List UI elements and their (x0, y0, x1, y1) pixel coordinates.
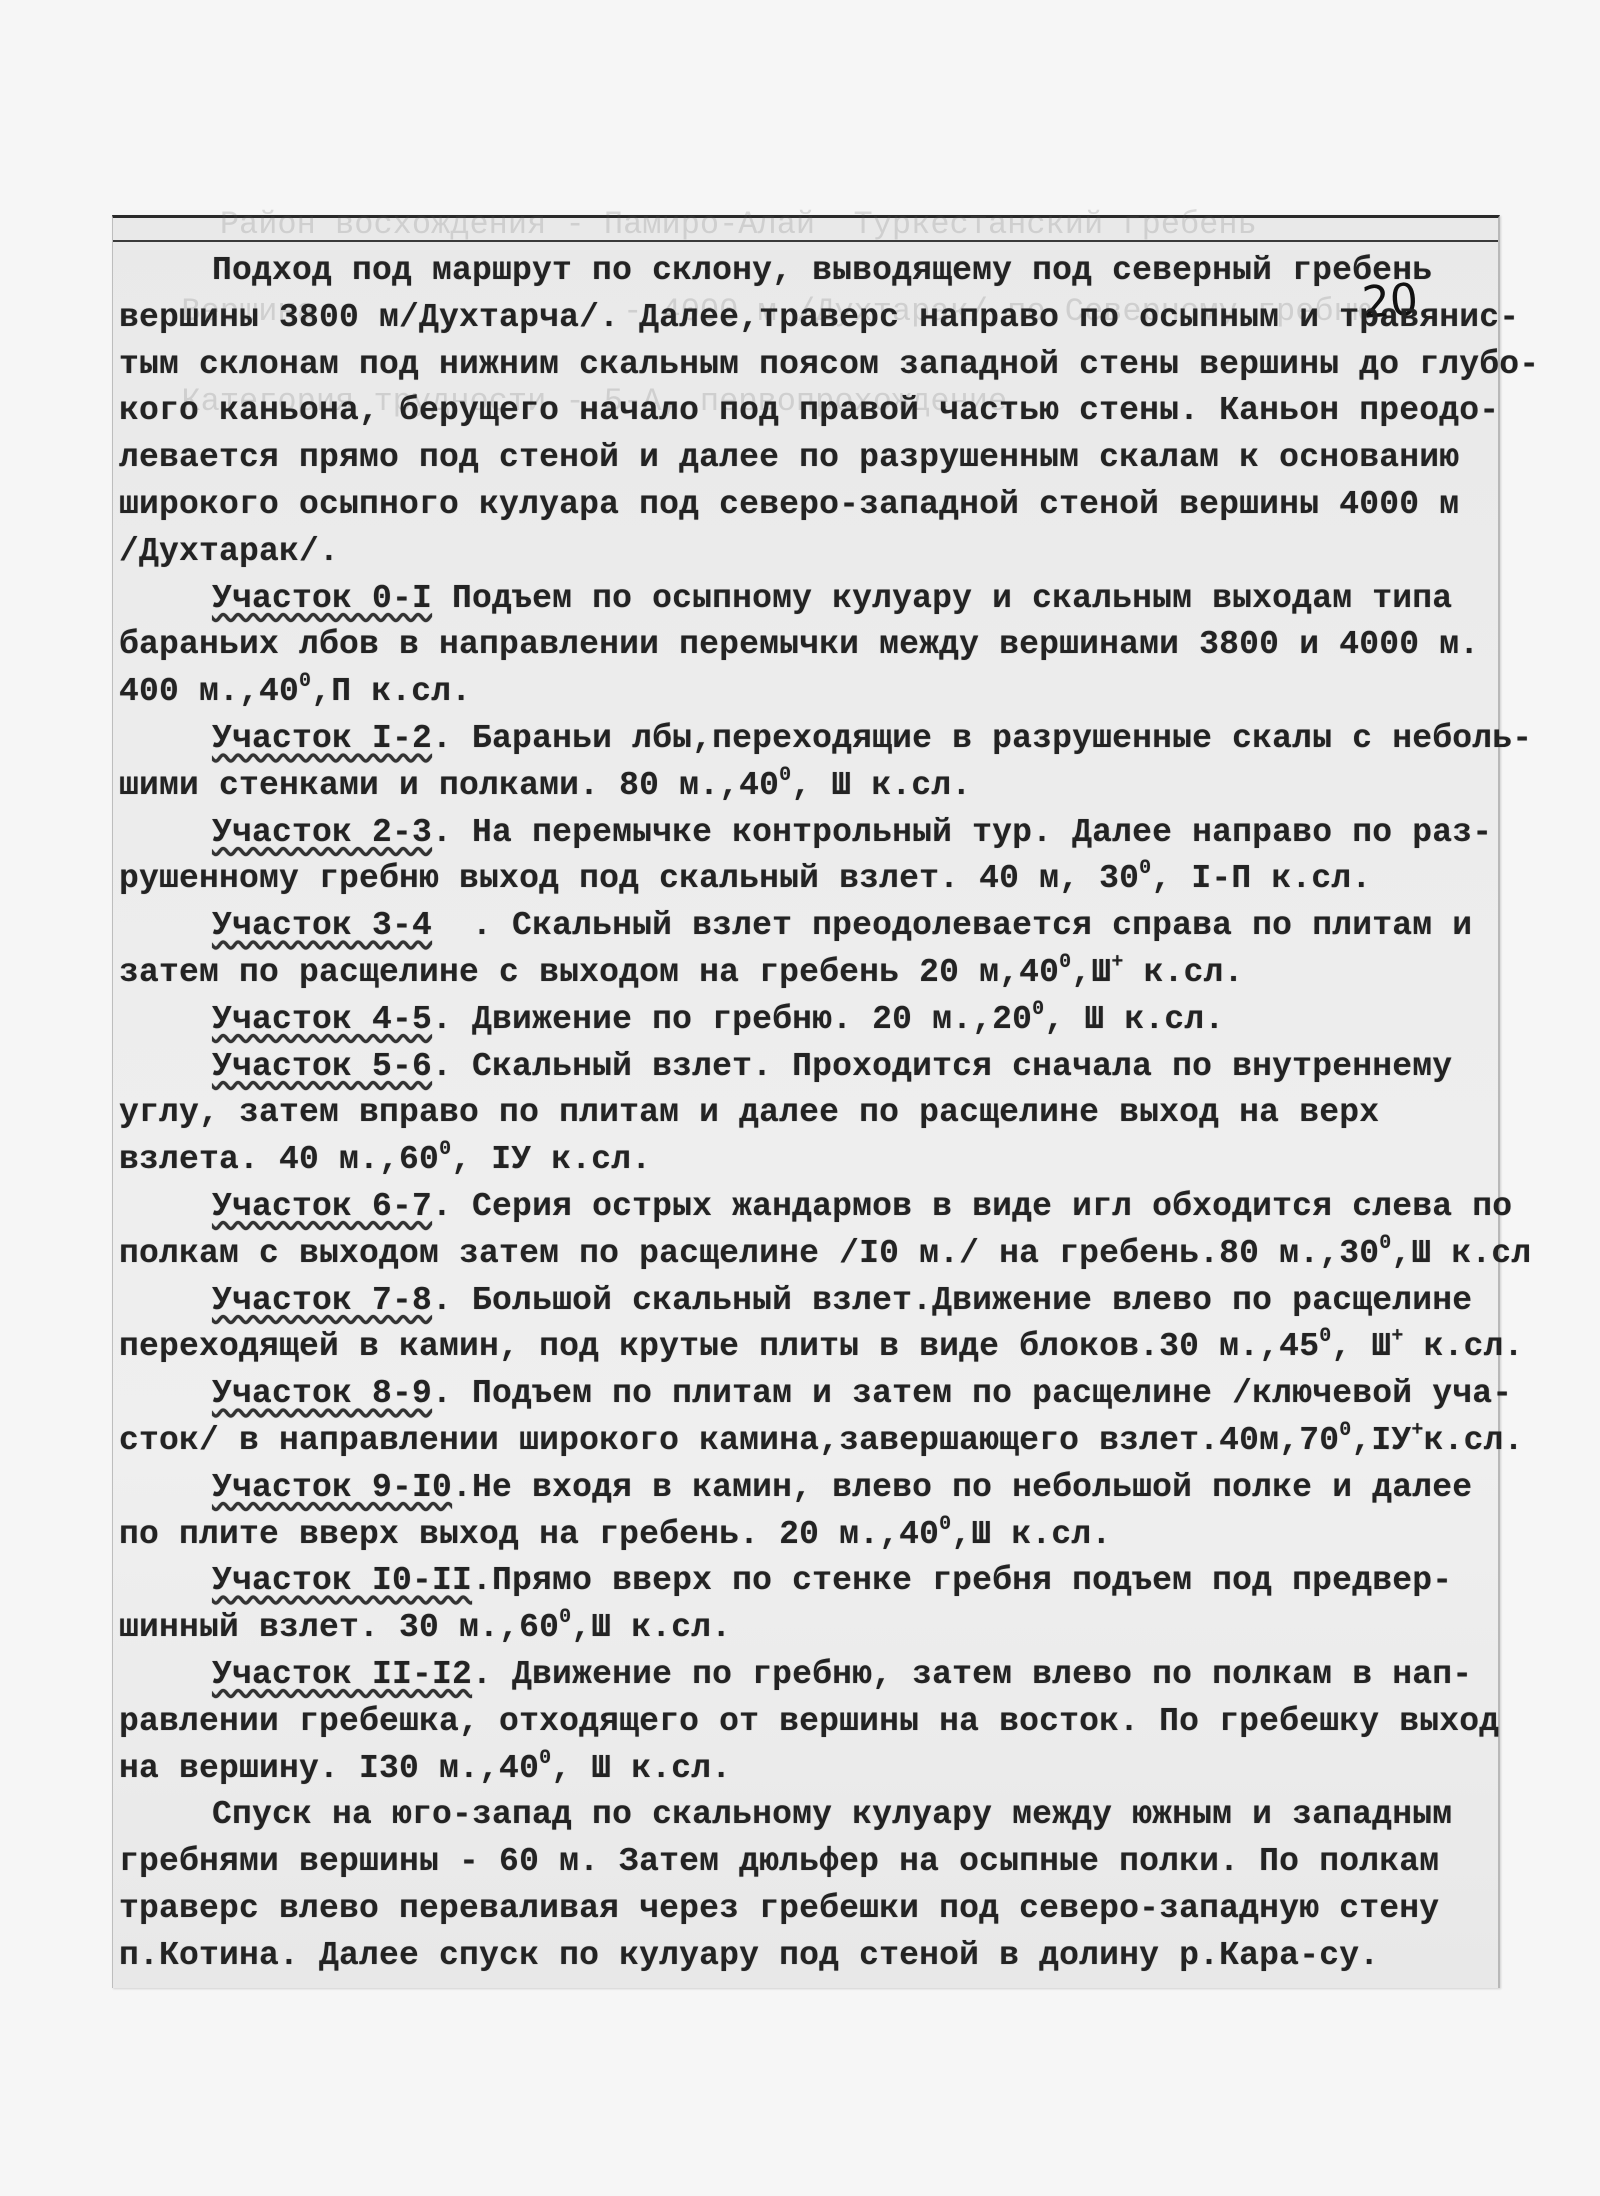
section-line: бараньих лбов в направлении перемычки ме… (119, 622, 1494, 669)
section-line: 400 м.,400,П к.сл. (119, 669, 1494, 716)
bleed-through-text: Район восхождения - Памиро-Алай Туркеста… (143, 206, 1257, 243)
section-label: Участок I0-II (212, 1562, 472, 1599)
section-line: Участок I-2. Бараньи лбы,переходящие в р… (119, 716, 1494, 763)
section-label: Участок I-2 (212, 720, 432, 757)
intro-line: левается прямо под стеной и далее по раз… (119, 435, 1494, 482)
descent-line: п.Котина. Далее спуск по кулуару под сте… (119, 1933, 1494, 1980)
section-line: Участок 6-7. Серия острых жандармов в ви… (119, 1184, 1494, 1231)
section-line: переходящей в камин, под крутые плиты в … (119, 1324, 1494, 1371)
section-label: Участок 4-5 (212, 1001, 432, 1038)
descent-line: Спуск на юго-запад по скальному кулуару … (119, 1792, 1494, 1839)
section-line: углу, затем вправо по плитам и далее по … (119, 1090, 1494, 1137)
intro-line: кого каньона, берущего начало под правой… (119, 388, 1494, 435)
section-label: Участок 7-8 (212, 1282, 432, 1319)
section-label: Участок 9-I0 (212, 1469, 452, 1506)
intro-line: /Духтарак/. (119, 529, 1494, 576)
section-line: на вершину. I30 м.,400, Ш к.сл. (119, 1746, 1494, 1793)
section-line: шинный взлет. 30 м.,600,Ш к.сл. (119, 1605, 1494, 1652)
section-line: Участок 2-3. На перемычке контрольный ту… (119, 810, 1494, 857)
section-line: по плите вверх выход на гребень. 20 м.,4… (119, 1512, 1494, 1559)
section-label: Участок 6-7 (212, 1188, 432, 1225)
section-line: взлета. 40 м.,600, IУ к.сл. (119, 1137, 1494, 1184)
section-line: полкам с выходом затем по расщелине /I0 … (119, 1231, 1494, 1278)
page-top-edge (113, 240, 1498, 242)
section-line: Участок 8-9. Подъем по плитам и затем по… (119, 1371, 1494, 1418)
document-body: Подход под маршрут по склону, выводящему… (119, 248, 1494, 1979)
intro-line: широкого осыпного кулуара под северо-зап… (119, 482, 1494, 529)
section-label: Участок 5-6 (212, 1048, 432, 1085)
section-line: Участок 0-I Подъем по осыпному кулуару и… (119, 576, 1494, 623)
section-line: шими стенками и полками. 80 м.,400, Ш к.… (119, 763, 1494, 810)
section-line: Участок 4-5. Движение по гребню. 20 м.,2… (119, 997, 1494, 1044)
section-line: Участок 7-8. Большой скальный взлет.Движ… (119, 1278, 1494, 1325)
section-line: затем по расщелине с выходом на гребень … (119, 950, 1494, 997)
section-line: равлении гребешка, отходящего от вершины… (119, 1699, 1494, 1746)
section-label: Участок 0-I (212, 580, 432, 617)
section-line: Участок 5-6. Скальный взлет. Проходится … (119, 1044, 1494, 1091)
descent-line: гребнями вершины - 60 м. Затем дюльфер н… (119, 1839, 1494, 1886)
section-label: Участок II-I2 (212, 1656, 472, 1693)
section-line: рушенному гребню выход под скальный взле… (119, 856, 1494, 903)
section-label: Участок 3-4 (212, 907, 432, 944)
section-line: Участок 9-I0.Не входя в камин, влево по … (119, 1465, 1494, 1512)
section-label: Участок 8-9 (212, 1375, 432, 1412)
intro-line: вершины 3800 м/Духтарча/. Далее,траверс … (119, 295, 1494, 342)
intro-line: Подход под маршрут по склону, выводящему… (119, 248, 1494, 295)
descent-line: траверс влево переваливая через гребешки… (119, 1886, 1494, 1933)
section-line: Участок II-I2. Движение по гребню, затем… (119, 1652, 1494, 1699)
section-label: Участок 2-3 (212, 814, 432, 851)
document-sheet: Район восхождения - Памиро-Алай Туркеста… (112, 215, 1500, 1988)
section-line: Участок I0-II.Прямо вверх по стенке греб… (119, 1558, 1494, 1605)
section-line: сток/ в направлении широкого камина,заве… (119, 1418, 1494, 1465)
intro-line: тым склонам под нижним скальным поясом з… (119, 342, 1494, 389)
section-line: Участок 3-4 . Скальный взлет преодолевае… (119, 903, 1494, 950)
